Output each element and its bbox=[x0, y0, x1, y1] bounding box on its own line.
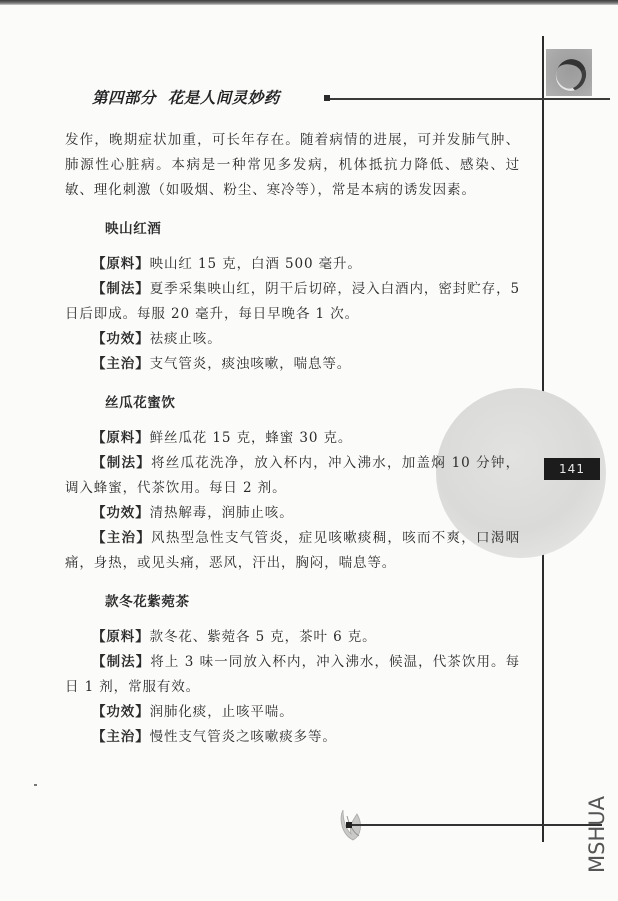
section-title: 第四部分 花是人间灵妙药 bbox=[92, 86, 280, 108]
recipe-method: 【制法】将上 3 味一同放入杯内，冲入沸水，候温，代茶饮用。每日 1 剂，常服有… bbox=[65, 650, 520, 700]
intro-paragraph: 发作，晚期症状加重，可长年存在。随着病情的进展，可并发肺气肿、肺源性心脏病。本病… bbox=[65, 128, 520, 203]
recipe-method: 【制法】夏季采集映山红，阴干后切碎，浸入白酒内，密封贮存，5 日后即成。每服 2… bbox=[65, 277, 520, 327]
side-watermark: MSHUA bbox=[584, 795, 610, 875]
recipe-effect: 【功效】润肺化痰，止咳平喘。 bbox=[65, 700, 520, 725]
recipe-3: 款冬花紫菀茶 【原料】款冬花、紫菀各 5 克，茶叶 6 克。 【制法】将上 3 … bbox=[65, 590, 520, 750]
recipe-indication: 【主治】支气管炎，痰浊咳嗽，喘息等。 bbox=[65, 352, 520, 377]
recipe-ingredients: 【原料】鲜丝瓜花 15 克，蜂蜜 30 克。 bbox=[65, 426, 520, 451]
page-top-edge bbox=[0, 0, 618, 5]
recipe-1: 映山红酒 【原料】映山红 15 克，白酒 500 毫升。 【制法】夏季采集映山红… bbox=[65, 217, 520, 377]
recipe-title: 映山红酒 bbox=[65, 217, 520, 242]
recipe-indication: 【主治】慢性支气管炎之咳嗽痰多等。 bbox=[65, 725, 520, 750]
recipe-indication: 【主治】风热型急性支气管炎，症见咳嗽痰稠，咳而不爽，口渴咽痛，身热，或见头痛，恶… bbox=[65, 526, 520, 576]
recipe-title: 款冬花紫菀茶 bbox=[65, 590, 520, 615]
recipe-title: 丝瓜花蜜饮 bbox=[65, 391, 520, 416]
page-body: 发作，晚期症状加重，可长年存在。随着病情的进展，可并发肺气肿、肺源性心脏病。本病… bbox=[65, 128, 520, 750]
recipe-ingredients: 【原料】款冬花、紫菀各 5 克，茶叶 6 克。 bbox=[65, 625, 520, 650]
page-number: 141 bbox=[544, 458, 600, 480]
swirl-ornament-icon bbox=[546, 49, 592, 96]
recipe-method: 【制法】将丝瓜花洗净，放入杯内，冲入沸水，加盖焖 10 分钟，调入蜂蜜，代茶饮用… bbox=[65, 451, 520, 501]
scan-speck bbox=[34, 784, 37, 786]
footer-rule bbox=[352, 824, 602, 826]
recipe-ingredients: 【原料】映山红 15 克，白酒 500 毫升。 bbox=[65, 252, 520, 277]
recipe-effect: 【功效】清热解毒，润肺止咳。 bbox=[65, 501, 520, 526]
recipe-2: 丝瓜花蜜饮 【原料】鲜丝瓜花 15 克，蜂蜜 30 克。 【制法】将丝瓜花洗净，… bbox=[65, 391, 520, 576]
header-rule bbox=[330, 98, 610, 100]
recipe-effect: 【功效】祛痰止咳。 bbox=[65, 327, 520, 352]
